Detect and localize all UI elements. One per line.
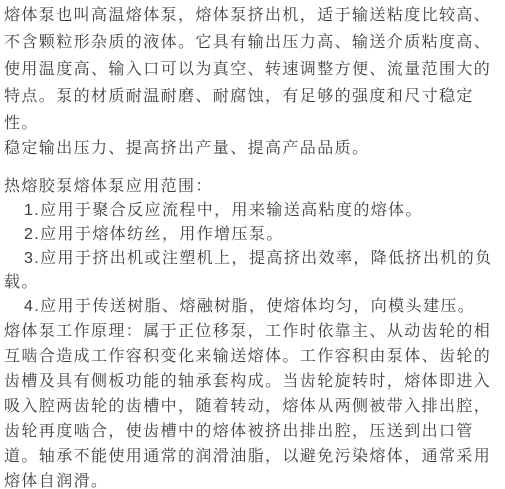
benefits-paragraph: 稳定输出压力、提高挤出产量、提高产品品质。 — [4, 137, 497, 161]
application-item-2: 2.应用于熔体纺丝，用作增压泵。 — [4, 223, 497, 247]
principle-paragraph: 熔体泵工作原理：属于正位移泵，工作时依靠主、从动齿轮的相互啮合造成工作容积变化来… — [4, 319, 497, 489]
intro-paragraph: 熔体泵也叫高温熔体泵，熔体泵挤出机，适于输送粘度比较高、不含颗粒形杂质的液体。它… — [4, 2, 497, 137]
melt-pump-article: 熔体泵也叫高温熔体泵，熔体泵挤出机，适于输送粘度比较高、不含颗粒形杂质的液体。它… — [0, 0, 505, 489]
applications-heading: 热熔胶泵熔体泵应用范围： — [4, 175, 497, 199]
application-item-3: 3.应用于挤出机或注塑机上，提高挤出效率，降低挤出机的负载。 — [4, 247, 497, 295]
application-item-1: 1.应用于聚合反应流程中，用来输送高粘度的熔体。 — [4, 199, 497, 223]
application-item-4: 4.应用于传送树脂、熔融树脂，使熔体均匀，向模头建压。 — [4, 295, 497, 319]
